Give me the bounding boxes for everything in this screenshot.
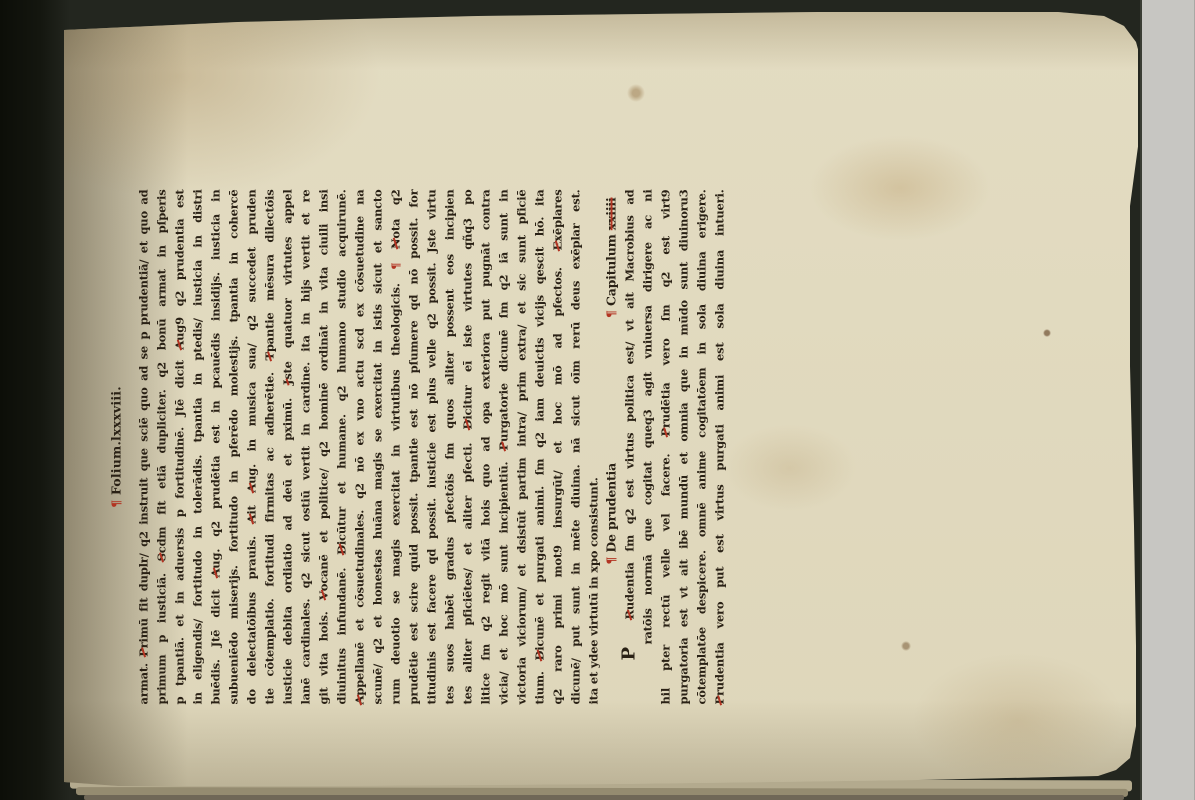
text-line: tium. Dicunē et purgati animi. ſm q2 iam… bbox=[531, 190, 549, 705]
rubricated-capital: A bbox=[245, 484, 259, 493]
scan-background: ¶ Folium.lxxxviii. armat. Primū fit dupl… bbox=[0, 0, 1195, 800]
rubricated-capital: J bbox=[281, 380, 295, 385]
text-line: titudinis est facere qd possit. iusticie… bbox=[423, 190, 441, 705]
text-line: p tpantiā. et in aduersis p fortitudinē.… bbox=[171, 190, 189, 705]
rubricated-capital: E bbox=[551, 242, 565, 251]
rubricated-capital: D bbox=[533, 651, 547, 661]
text-line: prudētie est scire quid possit. tpantie … bbox=[405, 190, 423, 705]
text-line: ita et ydee virtutū in xpo consistunt. bbox=[585, 190, 603, 705]
rubricated-capital: T bbox=[263, 352, 277, 360]
rubricated-capital: R bbox=[623, 610, 637, 619]
rubricated-capital: A bbox=[245, 515, 259, 524]
rubricated-capital: S bbox=[155, 553, 169, 561]
text-line: dicunē/ put sunt in mēte diuina. nā sicu… bbox=[567, 190, 585, 705]
text-line: diuinitus infundanē. Dicūtur et humane. … bbox=[333, 190, 351, 705]
text-line: Rudentia ſm q2 est virtus politica est/ … bbox=[621, 190, 639, 620]
rubricated-capital: A bbox=[173, 341, 187, 350]
text-line: tes aliter pficiētes/ et aliter pfecti. … bbox=[459, 190, 477, 705]
text-line: primum p iusticiā. Scdm fit etiā duplici… bbox=[153, 190, 171, 705]
rubricated-capital: P bbox=[713, 696, 727, 704]
rubricated-capital: D bbox=[335, 545, 349, 555]
page-text: ¶ Folium.lxxxviii. armat. Primū fit dupl… bbox=[109, 190, 749, 705]
rubricated-capital: P bbox=[659, 428, 673, 436]
rubricated-capital: P bbox=[137, 648, 151, 656]
text-line: purgatoria est vt ait ibē mundū et omnia… bbox=[675, 190, 693, 705]
text-line: lanē cardinales. q2 sicut ostiū vertit i… bbox=[297, 190, 315, 705]
metadata-sidebar: gefördert durch Baden-Württemberg http:/… bbox=[1140, 0, 1195, 800]
folio-running-head: ¶ Folium.lxxxviii. bbox=[109, 190, 133, 705]
rubric-mark: ¶ bbox=[109, 500, 124, 508]
text-line: q2 raro primi mot9 insurgūt/ et hoc mō a… bbox=[549, 190, 567, 705]
text-line: iusticie debita ordiatio ad deū et pximū… bbox=[279, 190, 297, 705]
text-line: litice ſm q2 regit vitā hois quo ad opa … bbox=[477, 190, 495, 705]
text-line: in eligendis/ fortitudo in tolerādis. tp… bbox=[189, 190, 207, 705]
rubricated-capital: A bbox=[209, 569, 223, 578]
text-line: do delectatōibus prauis. Ait Aug. in mus… bbox=[243, 190, 261, 705]
text-line: subueniēdo miserijs. fortitudo in pferēd… bbox=[225, 190, 243, 705]
text-line: cōtemplatōe despicere. omnē anime cogita… bbox=[693, 190, 711, 705]
text-line: Appellanē et cōsuetudinales. q2 nō ex vn… bbox=[351, 190, 369, 705]
rubric-mark: ¶ bbox=[604, 310, 619, 318]
page-stack-edge bbox=[84, 795, 1124, 800]
struck-word: xxiiii bbox=[604, 198, 619, 231]
rubricated-capital: A bbox=[353, 696, 367, 705]
rubricated-capital: V bbox=[317, 591, 331, 600]
text-line: ratōis normā que cogitat queq3 agit vniu… bbox=[639, 190, 657, 645]
text-line: tie cōtemplatio. fortitudi firmitas ac a… bbox=[261, 190, 279, 705]
text-line: hil pter rectū velle vel facere. Prudēti… bbox=[657, 190, 675, 705]
rubric-mark: ¶ bbox=[389, 263, 403, 270]
rubric-mark: ¶ bbox=[604, 557, 619, 565]
text-line: scunē/ q2 et honestas huāna magis se exe… bbox=[369, 190, 387, 705]
text-line: git vita hois. Vocanē et politice/ q2 ho… bbox=[315, 190, 333, 705]
text-line: armat. Primū fit duplr/ q2 instruit que … bbox=[135, 190, 153, 705]
text-line: Prudentia vero put est virtus purgati an… bbox=[711, 190, 729, 705]
text-column: armat. Primū fit duplr/ q2 instruit que … bbox=[135, 190, 729, 705]
margin-guide-letter: P bbox=[619, 647, 640, 661]
rubricated-capital: N bbox=[389, 239, 403, 249]
text-line: tes suos habēt gradus pfectōis ſm quos a… bbox=[441, 190, 459, 705]
text-line: buēdis. Jtē dicit Aug. q2 prudētia est i… bbox=[207, 190, 225, 705]
text-line: rum deuotio se magis exercitat in virtut… bbox=[387, 190, 405, 705]
rubricated-capital: P bbox=[497, 442, 511, 450]
chapter-heading-line: ¶ De prudentia¶ Capitulum xxiiii bbox=[603, 190, 621, 705]
text-line: victoria viciorum/ et dsistūt partim int… bbox=[513, 190, 531, 705]
rubricated-capital: D bbox=[461, 420, 475, 430]
text-line: vicia/ et hoc mō sunt incipientiū. Purga… bbox=[495, 190, 513, 705]
